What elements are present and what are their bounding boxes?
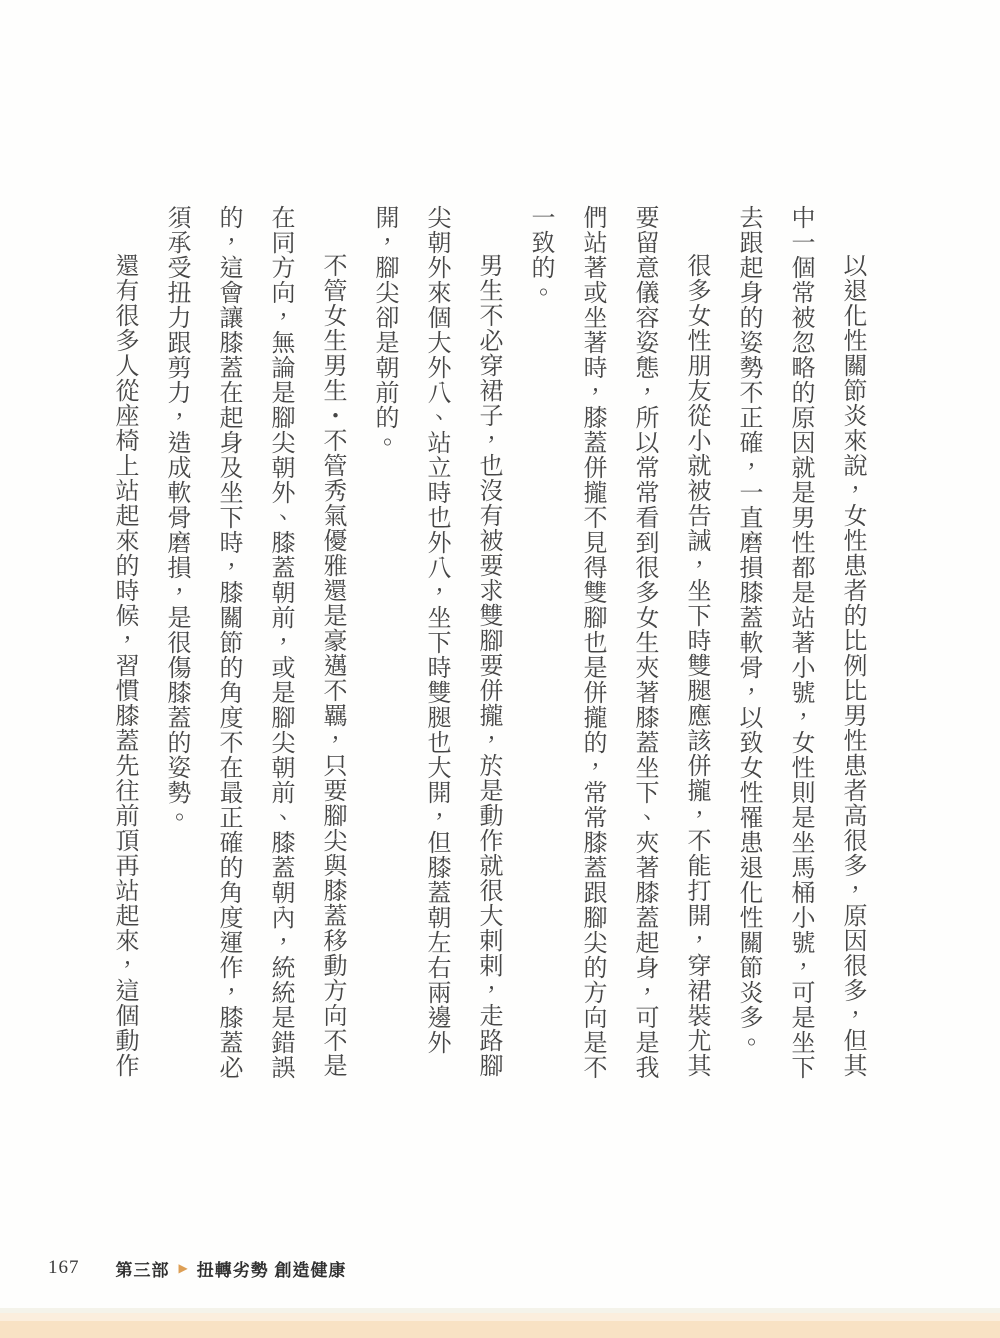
page-footer: 167 第三部 ▶ 扭轉劣勢 創造健康 <box>48 1255 346 1281</box>
paragraph-4: 不管女生男生・不管秀氣優雅還是豪邁不羈，只要腳尖與膝蓋移動方向不是在同方向，無論… <box>150 205 358 1083</box>
page-number: 167 <box>48 1257 80 1279</box>
arrow-right-icon: ▶ <box>179 1262 188 1274</box>
part-label: 第三部 <box>116 1256 170 1281</box>
paragraph-1: 以退化性關節炎來說，女性患者的比例比男性患者高很多，原因很多，但其中一個常被忽略… <box>722 205 878 1083</box>
footer-band <box>0 1321 1000 1338</box>
body-text: 以退化性關節炎來說，女性患者的比例比男性患者高很多，原因很多，但其中一個常被忽略… <box>98 205 878 1083</box>
book-page: 以退化性關節炎來說，女性患者的比例比男性患者高很多，原因很多，但其中一個常被忽略… <box>0 0 1000 1338</box>
section-title: 扭轉劣勢 創造健康 <box>197 1256 347 1281</box>
paragraph-5: 還有很多人從座椅上站起來的時候，習慣膝蓋先往前頂再站起來，這個動作 <box>98 205 150 1083</box>
paragraph-3: 男生不必穿裙子，也沒有被要求雙腳要併攏，於是動作就很大剌剌，走路腳尖朝外來個大外… <box>358 205 514 1083</box>
footer-band-light <box>0 1313 1000 1321</box>
paragraph-2: 很多女性朋友從小就被告誡，坐下時雙腿應該併攏，不能打開，穿裙裝尤其要留意儀容姿態… <box>514 205 722 1083</box>
